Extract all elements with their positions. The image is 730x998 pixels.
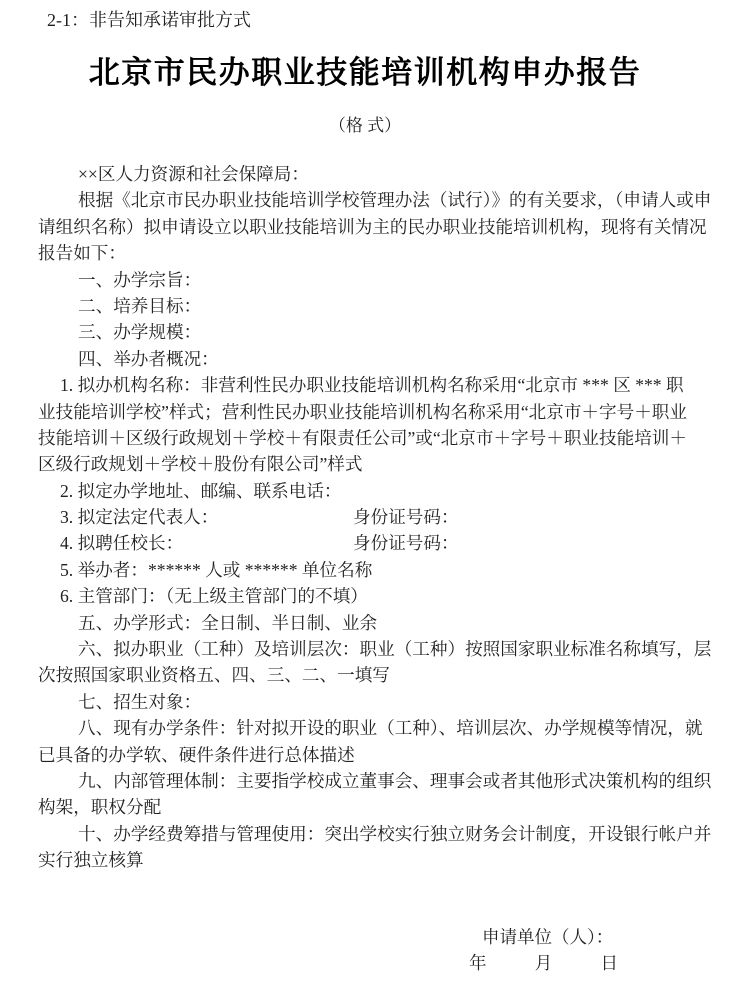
doc-line-text: 4. 拟聘任校长：	[60, 533, 183, 553]
doc-subtitle-format: （格 式）	[0, 115, 730, 137]
doc-approval-mode-label: 2-1：非告知承诺审批方式	[47, 9, 251, 31]
doc-line: 七、招生对象：	[38, 689, 694, 715]
doc-line-text: 6. 主管部门：（无上级主管部门的不填）	[60, 586, 368, 606]
doc-line-text: 构架，职权分配	[38, 797, 161, 817]
doc-line: 三、办学规模：	[38, 319, 694, 345]
doc-line-text: ××区人力资源和社会保障局：	[78, 164, 309, 184]
doc-line-text: 一、办学宗旨：	[78, 270, 201, 290]
doc-line: 4. 拟聘任校长：身份证号码：	[38, 530, 694, 556]
doc-line: 八、现有办学条件：针对拟开设的职业（工种）、培训层次、办学规模等情况，就	[38, 715, 694, 741]
doc-line-tail: 身份证号码：	[353, 504, 459, 530]
doc-line: 一、办学宗旨：	[38, 267, 694, 293]
doc-line-text: 2. 拟定办学地址、邮编、联系电话：	[60, 481, 342, 501]
doc-line: 次按照国家职业资格五、四、三、二、一填写	[38, 662, 694, 688]
doc-line-text: 四、举办者概况：	[78, 349, 219, 369]
doc-line: 区级行政规划＋学校＋股份有限公司”样式	[38, 451, 694, 477]
doc-line-text: 七、招生对象：	[78, 692, 201, 712]
doc-line: 3. 拟定法定代表人：身份证号码：	[38, 504, 694, 530]
doc-line-tail: 身份证号码：	[353, 530, 459, 556]
doc-line-text: 实行独立核算	[38, 850, 144, 870]
doc-line: 6. 主管部门：（无上级主管部门的不填）	[38, 583, 694, 609]
doc-line-text: 1. 拟办机构名称：非营利性民办职业技能培训机构名称采用“北京市 *** 区 *…	[60, 375, 684, 395]
doc-line: 请组织名称）拟申请设立以职业技能培训为主的民办职业技能培训机构，现将有关情况	[38, 214, 694, 240]
doc-line: 五、办学形式：全日制、半日制、业余	[38, 610, 694, 636]
doc-line: 技能培训＋区级行政规划＋学校＋有限责任公司”或“北京市＋字号＋职业技能培训＋	[38, 425, 694, 451]
doc-line-text: 三、办学规模：	[78, 322, 201, 342]
doc-line-text: 区级行政规划＋学校＋股份有限公司”样式	[38, 454, 363, 474]
doc-line-text: 八、现有办学条件：针对拟开设的职业（工种）、培训层次、办学规模等情况，就	[78, 718, 703, 738]
doc-line-text: 次按照国家职业资格五、四、三、二、一填写	[38, 665, 390, 685]
doc-line-text: 五、办学形式：全日制、半日制、业余	[78, 613, 377, 633]
doc-line: 报告如下：	[38, 240, 694, 266]
doc-line-text: 已具备的办学软、硬件条件进行总体描述	[38, 745, 355, 765]
doc-line-text: 5. 举办者：****** 人或 ****** 单位名称	[60, 560, 372, 580]
document-page: 2-1：非告知承诺审批方式 北京市民办职业技能培训机构申办报告 （格 式） ××…	[0, 0, 730, 998]
doc-line-text: 3. 拟定法定代表人：	[60, 507, 218, 527]
doc-line: 四、举办者概况：	[38, 346, 694, 372]
applicant-unit-label: 申请单位（人）：	[482, 924, 613, 950]
doc-line-text: 请组织名称）拟申请设立以职业技能培训为主的民办职业技能培训机构，现将有关情况	[38, 217, 707, 237]
date-year-label: 年	[469, 950, 487, 976]
doc-line-text: 六、拟办职业（工种）及培训层次：职业（工种）按照国家职业标准名称填写，层	[78, 639, 711, 659]
doc-line: 2. 拟定办学地址、邮编、联系电话：	[38, 478, 694, 504]
doc-line: ××区人力资源和社会保障局：	[38, 161, 694, 187]
doc-line: 5. 举办者：****** 人或 ****** 单位名称	[38, 557, 694, 583]
doc-line-text: 二、培养目标：	[78, 296, 201, 316]
doc-line: 根据《北京市民办职业技能培训学校管理办法（试行）》的有关要求，（申请人或申	[38, 187, 694, 213]
doc-line: 实行独立核算	[38, 847, 694, 873]
doc-body: ××区人力资源和社会保障局：根据《北京市民办职业技能培训学校管理办法（试行）》的…	[38, 161, 694, 874]
doc-title: 北京市民办职业技能培训机构申办报告	[0, 54, 730, 92]
doc-line-text: 十、办学经费筹措与管理使用：突出学校实行独立财务会计制度，开设银行帐户并	[78, 824, 711, 844]
doc-line-text: 根据《北京市民办职业技能培训学校管理办法（试行）》的有关要求，（申请人或申	[78, 190, 711, 210]
date-month-label: 月	[535, 950, 553, 976]
doc-line-text: 业技能培训学校”样式；营利性民办职业技能培训机构名称采用“北京市＋字号＋职业	[38, 402, 687, 422]
doc-line: 九、内部管理体制：主要指学校成立董事会、理事会或者其他形式决策机构的组织	[38, 768, 694, 794]
doc-line: 六、拟办职业（工种）及培训层次：职业（工种）按照国家职业标准名称填写，层	[38, 636, 694, 662]
date-line: 年 月 日	[469, 950, 618, 976]
doc-line: 业技能培训学校”样式；营利性民办职业技能培训机构名称采用“北京市＋字号＋职业	[38, 399, 694, 425]
doc-line-text: 报告如下：	[38, 243, 126, 263]
doc-line: 构架，职权分配	[38, 794, 694, 820]
doc-line: 十、办学经费筹措与管理使用：突出学校实行独立财务会计制度，开设银行帐户并	[38, 821, 694, 847]
doc-line-text: 九、内部管理体制：主要指学校成立董事会、理事会或者其他形式决策机构的组织	[78, 771, 711, 791]
date-day-label: 日	[601, 950, 619, 976]
doc-line-text: 技能培训＋区级行政规划＋学校＋有限责任公司”或“北京市＋字号＋职业技能培训＋	[38, 428, 687, 448]
doc-line: 1. 拟办机构名称：非营利性民办职业技能培训机构名称采用“北京市 *** 区 *…	[38, 372, 694, 398]
doc-line: 二、培养目标：	[38, 293, 694, 319]
doc-line: 已具备的办学软、硬件条件进行总体描述	[38, 742, 694, 768]
